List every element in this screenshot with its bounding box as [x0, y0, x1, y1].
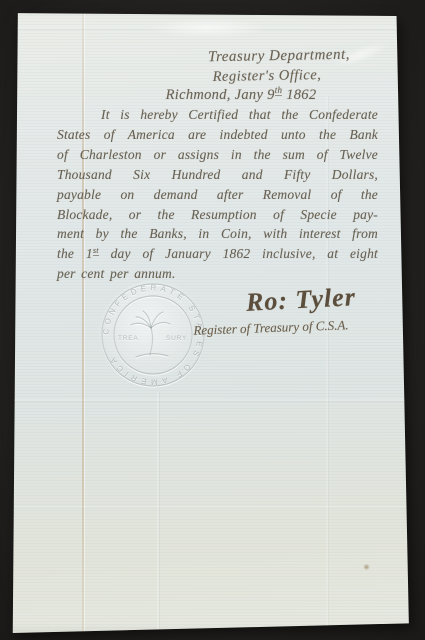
heading-office: Register's Office,	[202, 67, 332, 86]
wrinkle-highlight-top	[145, 18, 270, 38]
body-line: ment by the Banks, in Coin, with interes…	[57, 224, 378, 244]
body-line: Blockade, or the Resumption of Specie pa…	[57, 205, 378, 225]
document-paper: Treasury Department, Register's Office, …	[0, 0, 425, 640]
certificate-body-text: It is hereby Certified that the Confeder…	[57, 105, 378, 284]
body-line: the 1st day of January 1862 inclusive, a…	[57, 244, 378, 264]
document-paper-wrap: Treasury Department, Register's Office, …	[0, 0, 425, 640]
stain-spot	[363, 564, 370, 570]
heading-place-date: Richmond, Jany 9th 1862	[138, 87, 344, 104]
body-line-text: the 1	[57, 246, 93, 261]
vertical-crease-left	[157, 392, 160, 630]
body-line: Thousand Six Hundred and Fifty Dollars,	[57, 165, 378, 185]
place-date-text: Richmond, Jany 9	[166, 87, 275, 103]
horizontal-crease-lower	[14, 506, 411, 509]
date-year-text: 1862	[282, 87, 316, 103]
body-line-text: day of January 1862 inclusive, at eight	[99, 246, 378, 261]
horizontal-crease-middle	[14, 399, 411, 402]
photo-backdrop: Treasury Department, Register's Office, …	[0, 0, 425, 640]
signature-name: Ro: Tyler	[245, 282, 356, 318]
body-line: States of America are indebted unto the …	[57, 125, 378, 145]
body-line: payable on demand after Removal of the	[57, 185, 378, 205]
heading-department: Treasury Department,	[196, 47, 362, 67]
body-line: of Charleston or assigns in the sum of T…	[57, 145, 378, 165]
svg-text:TREA: TREA	[118, 335, 139, 342]
body-line: It is hereby Certified that the Confeder…	[57, 105, 378, 125]
